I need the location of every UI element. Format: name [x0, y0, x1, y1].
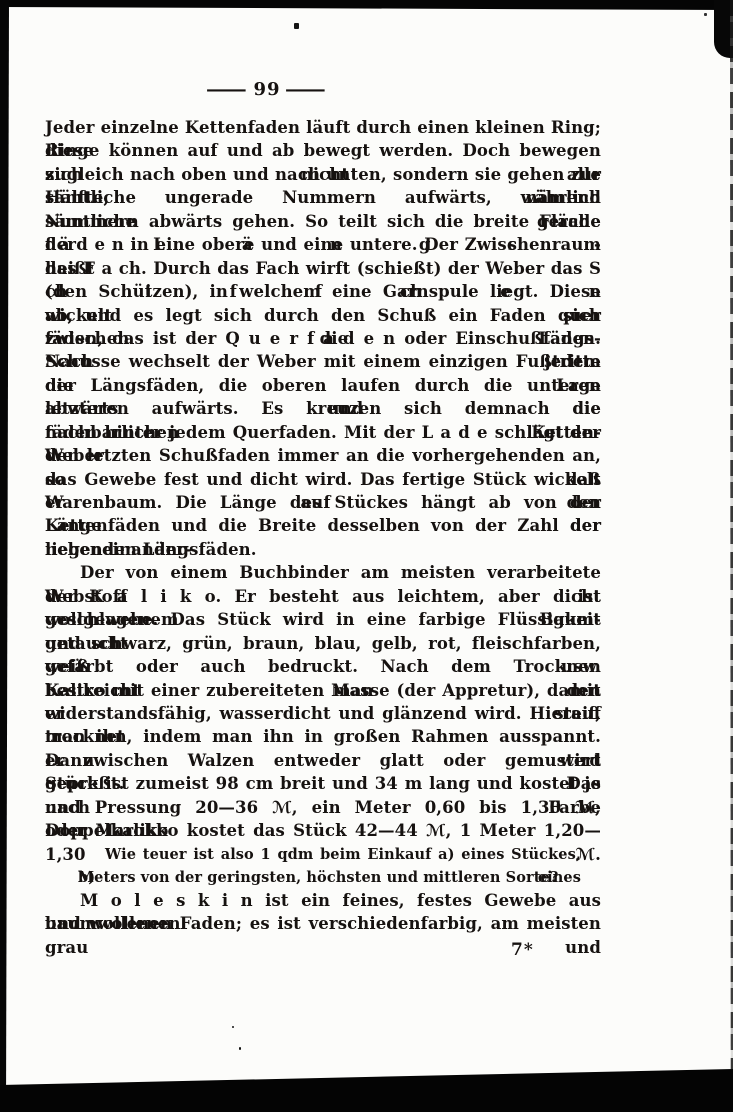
text-line: er zwischen Walzen entweder glatt oder g…: [45, 749, 601, 772]
text-line: und Pressung 20—36 ℳ, ein Meter 0,60 bis…: [45, 796, 601, 819]
text-line: ab, und es legt sich durch den Schuß ein…: [45, 304, 601, 327]
text-line: widerstandsfähig, wasserdicht und glänze…: [45, 702, 601, 725]
text-line: sämtliche ungerade Nummern aufwärts, wäh…: [45, 186, 601, 209]
text-line: Schusse wechselt der Weber mit einem ein…: [45, 350, 601, 373]
body-paragraph: Jeder einzelne Kettenfaden läuft durch e…: [45, 116, 601, 561]
text-line: Stück ist zumeist 98 cm breit und 34 m l…: [45, 772, 601, 795]
text-line: fäden hinter jedem Querfaden. Mit der L …: [45, 421, 601, 444]
text-line: Nummern abwärts gehen. So teilt sich die…: [45, 210, 601, 233]
text-line: der Längsfäden, die oberen laufen durch …: [45, 374, 601, 397]
text-line: M o l e s k i n ist ein feines, festes G…: [45, 889, 601, 912]
text-line: liegenden Längsfäden.: [45, 538, 601, 561]
scan-border-bottom: [0, 1066, 733, 1112]
text-line: und schwarz, grün, braun, blau, gelb, ro…: [45, 632, 601, 655]
text-line: Wie teuer ist also 1 qdm beim Einkauf a)…: [78, 843, 581, 866]
text-line: Jeder einzelne Kettenfaden läuft durch e…: [45, 116, 601, 139]
text-line: Warenbaum. Die Länge des Stückes hängt a…: [45, 491, 601, 514]
scan-border-right: [728, 0, 733, 1112]
text-line: wollgewebe. Das Stück wird in eine farbi…: [45, 608, 601, 631]
text-line: f ä d e n in eine obere und eine untere.…: [45, 233, 601, 256]
question-paragraph: Wie teuer ist also 1 qdm beim Einkauf a)…: [78, 843, 581, 889]
text-line: Ringe können auf und ab bewegt werden. D…: [45, 139, 601, 162]
scan-speck: [232, 1026, 234, 1028]
text-line: Meters von der geringsten, höchsten und …: [78, 866, 581, 889]
body-paragraph: M o l e s k i n ist ein feines, festes G…: [45, 889, 601, 936]
page-text-column: Jeder einzelne Kettenfaden läuft durch e…: [45, 116, 601, 936]
text-line: den letzten Schußfaden immer an die vorh…: [45, 444, 601, 467]
text-line: Der von einem Buchbinder am meisten vera…: [45, 561, 601, 584]
scan-border-left: [0, 0, 9, 1112]
scan-speck: [239, 1047, 241, 1050]
text-line: Kettenfäden und die Breite desselben von…: [45, 514, 601, 537]
page-number: 99: [253, 79, 280, 100]
text-line: gefärbt oder auch bedruckt. Nach dem Tro…: [45, 655, 601, 678]
text-line: zugleich nach oben und nach unten, sonde…: [45, 163, 601, 186]
text-line: fäden, das ist der Q u e r f a d e n ode…: [45, 327, 601, 350]
text-line: (den Schützen), in welchem eine Garnspul…: [45, 280, 601, 303]
signature-mark: 7*: [511, 940, 534, 960]
text-line: das F a ch. Durch das Fach wirft (schieß…: [45, 257, 601, 280]
scan-speck: [294, 23, 299, 29]
scan-speck: [704, 13, 707, 16]
header-dash-right: —: [283, 79, 329, 100]
book-page-scan: — 99 — Jeder einzelne Kettenfaden läuft …: [0, 0, 733, 1112]
body-paragraph: Der von einem Buchbinder am meisten vera…: [45, 561, 601, 842]
text-line: Kaliko mit einer zubereiteten Masse (der…: [45, 679, 601, 702]
text-line: letzteren aufwärts. Es kreuzen sich demn…: [45, 397, 601, 420]
text-line: oder Marokko kostet das Stück 42—44 ℳ, 1…: [45, 819, 601, 842]
text-line: und wollenen Faden; es ist verschiedenfa…: [45, 912, 601, 935]
text-line: der K a l i k o. Er besteht aus leichtem…: [45, 585, 601, 608]
text-line: man ihn, indem man ihn in großen Rahmen …: [45, 725, 601, 748]
scan-border-top: [0, 0, 733, 10]
text-line: das Gewebe fest und dicht wird. Das fert…: [45, 468, 601, 491]
header-dash-left: —: [205, 79, 251, 100]
page-header: — 99 —: [187, 78, 347, 100]
